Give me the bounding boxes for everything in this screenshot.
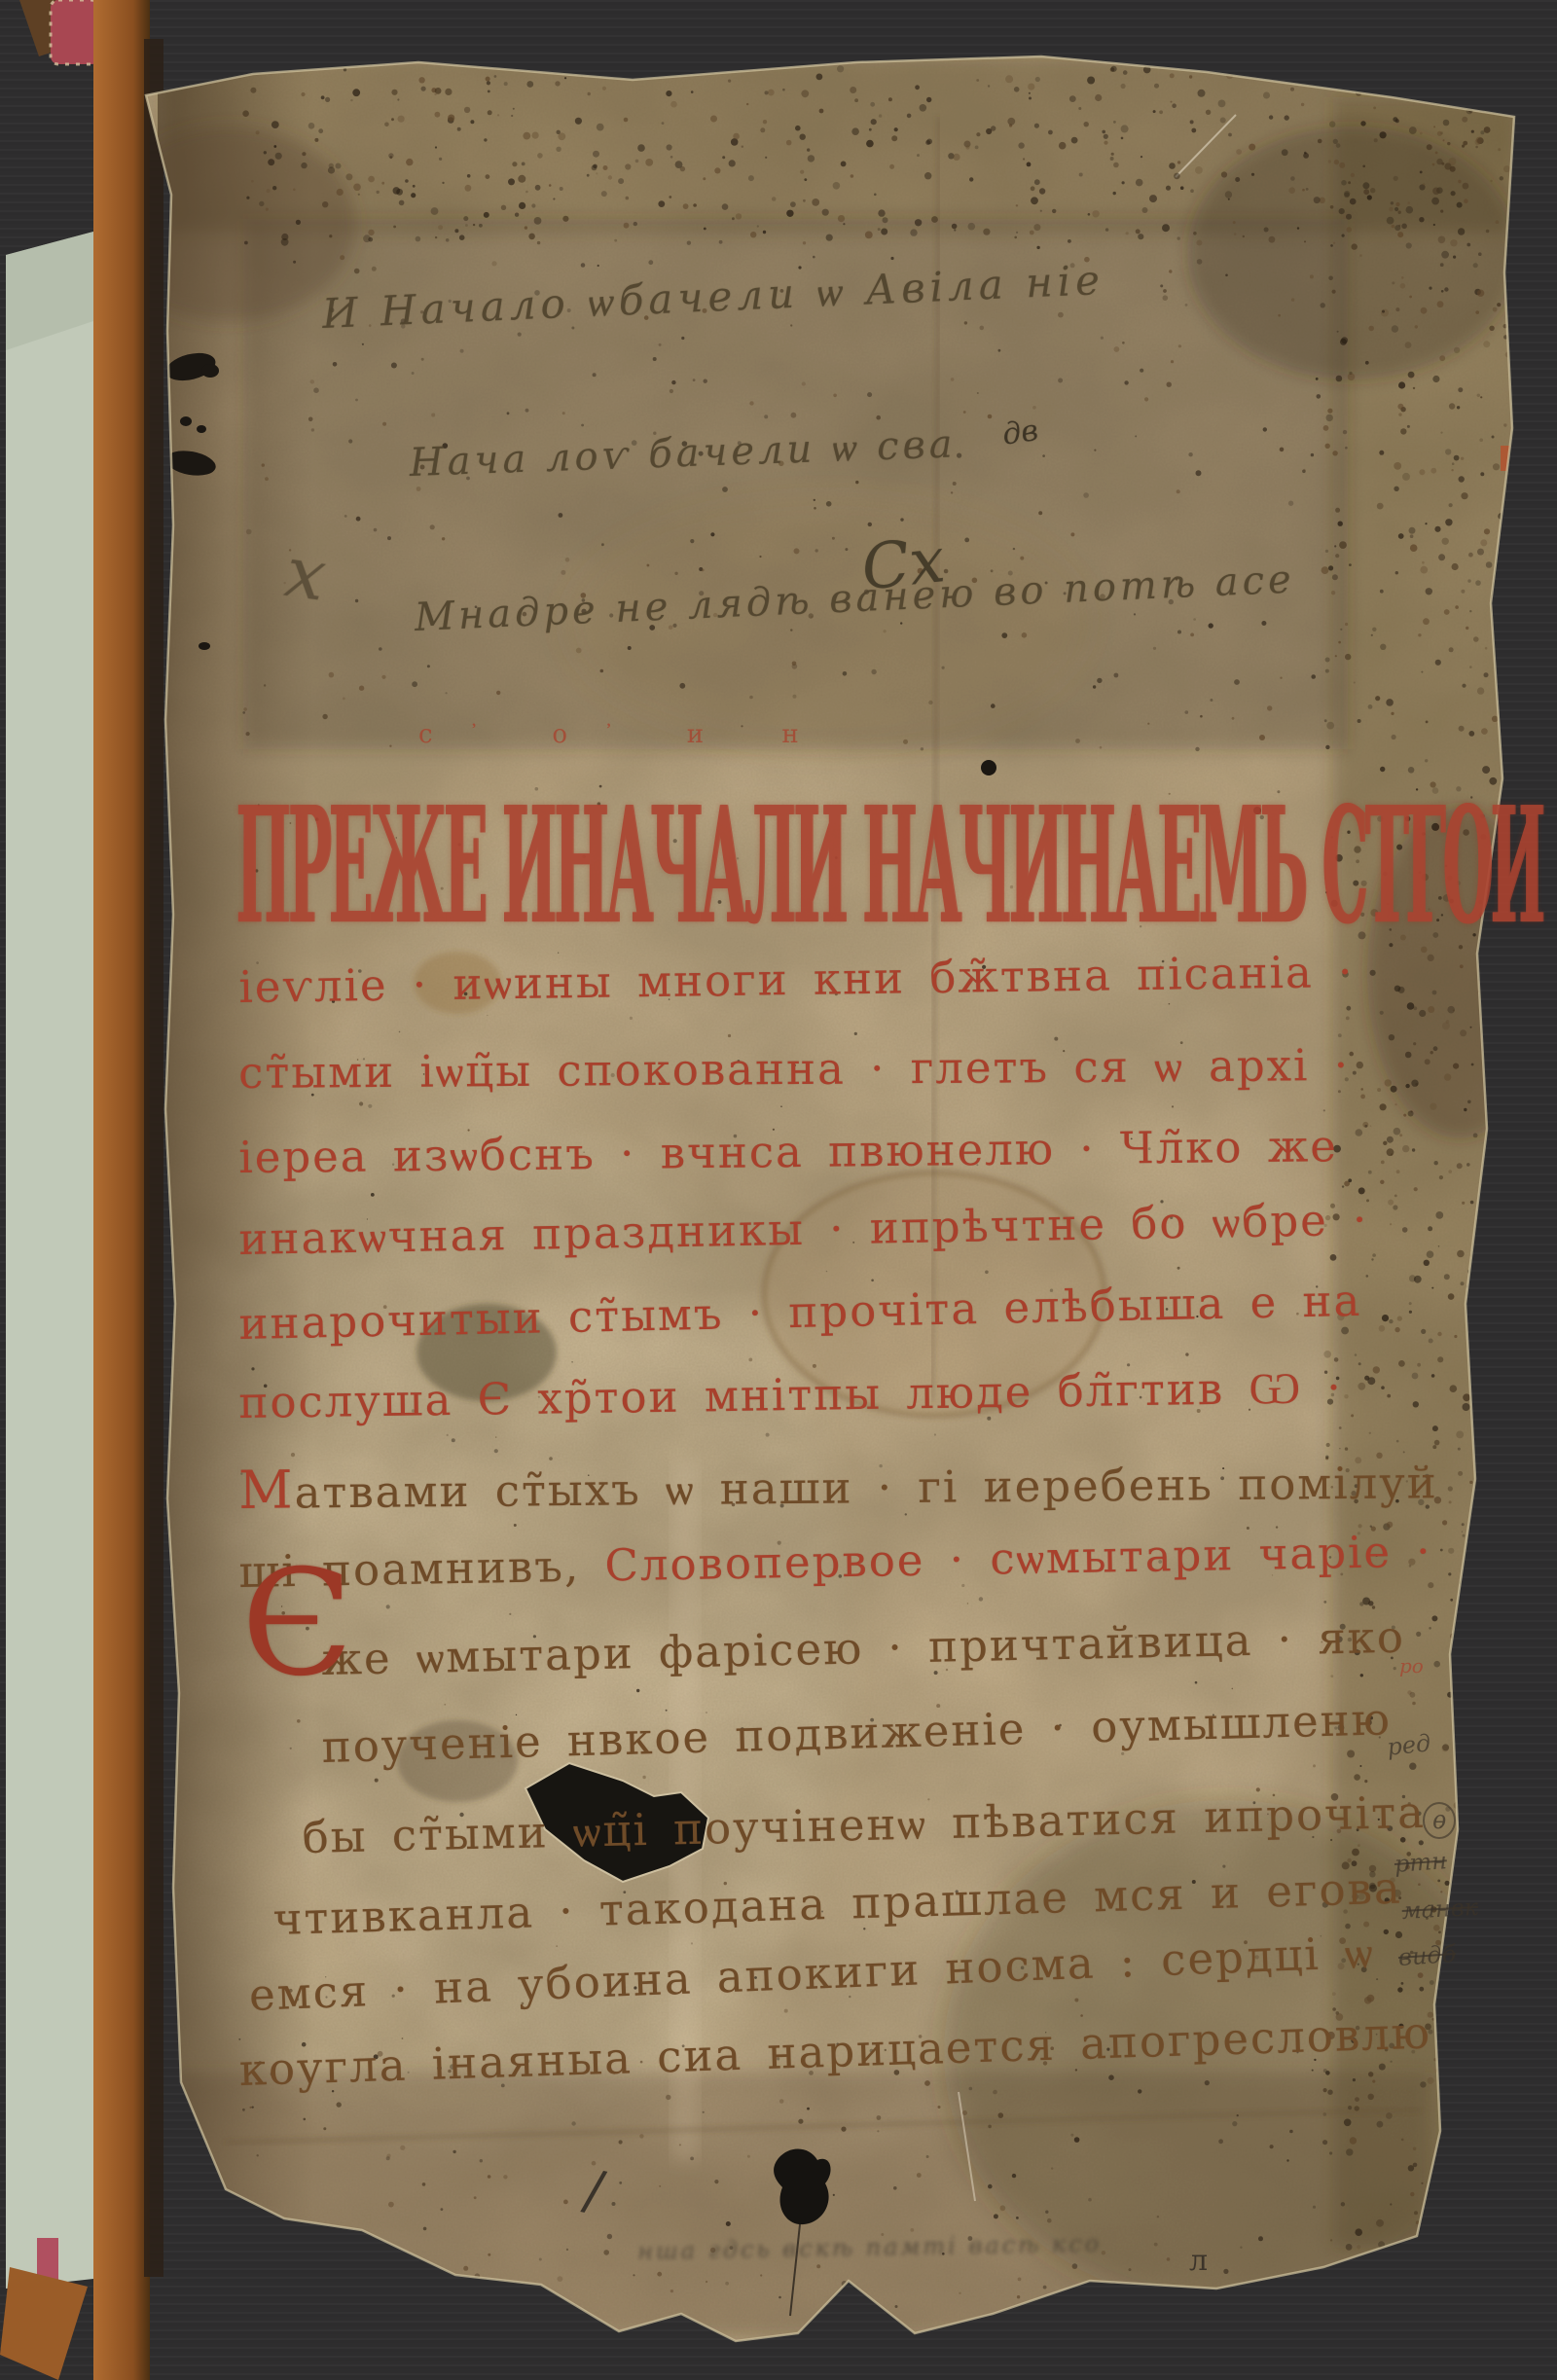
spine-leather bbox=[93, 0, 150, 2380]
inscription-mark-dv: дв bbox=[1000, 414, 1040, 452]
line-text: атвами ст̃ыхъ ѡ наши · гі иеребень поміл… bbox=[294, 1457, 1438, 1518]
margin-note: манвк bbox=[1401, 1893, 1479, 1925]
margin-note-red: ро bbox=[1399, 1654, 1424, 1677]
manuscript-photo: И Начало ѡбачели ѡ Авіла ніе дв Нача лоѵ… bbox=[0, 0, 1557, 2380]
title-superscripts: с ҆ о ҆ и н bbox=[418, 720, 834, 749]
margin-note: ред bbox=[1386, 1729, 1431, 1761]
vyaz-title: ПРЕЖЕ ИНАЧАЛИ НАЧИНАЕМЬ СТГОИ bbox=[235, 771, 1557, 851]
text-line: ст̃ыми іѡц̃ы спокованна · глетъ ся ѡ арх… bbox=[238, 1039, 1350, 1099]
book-binding bbox=[0, 0, 163, 2380]
margin-note: видб bbox=[1397, 1940, 1457, 1971]
leather-scrap-bottom bbox=[0, 2267, 88, 2380]
gutter-crevice bbox=[144, 39, 163, 2277]
endband bbox=[51, 0, 99, 64]
text-line: Матвами ст̃ыхъ ѡ наши · гі иеребень помі… bbox=[238, 1449, 1438, 1521]
large-initial-slovo: Є bbox=[241, 1539, 353, 1709]
line-text: ст̃ыми іѡц̃ы спокованна · глетъ ся ѡ арх… bbox=[238, 1039, 1350, 1099]
vyaz-title-text: ПРЕЖЕ ИНАЧАЛИ НАЧИНАЕМЬ СТГОИ bbox=[235, 771, 1541, 960]
line-lead-initial: М bbox=[238, 1460, 295, 1521]
initial-letter: Є bbox=[241, 1539, 353, 1709]
endpaper-strip bbox=[6, 232, 93, 2289]
folio-mark: л bbox=[1189, 2244, 1208, 2278]
margin-note: ртн bbox=[1394, 1847, 1448, 1878]
